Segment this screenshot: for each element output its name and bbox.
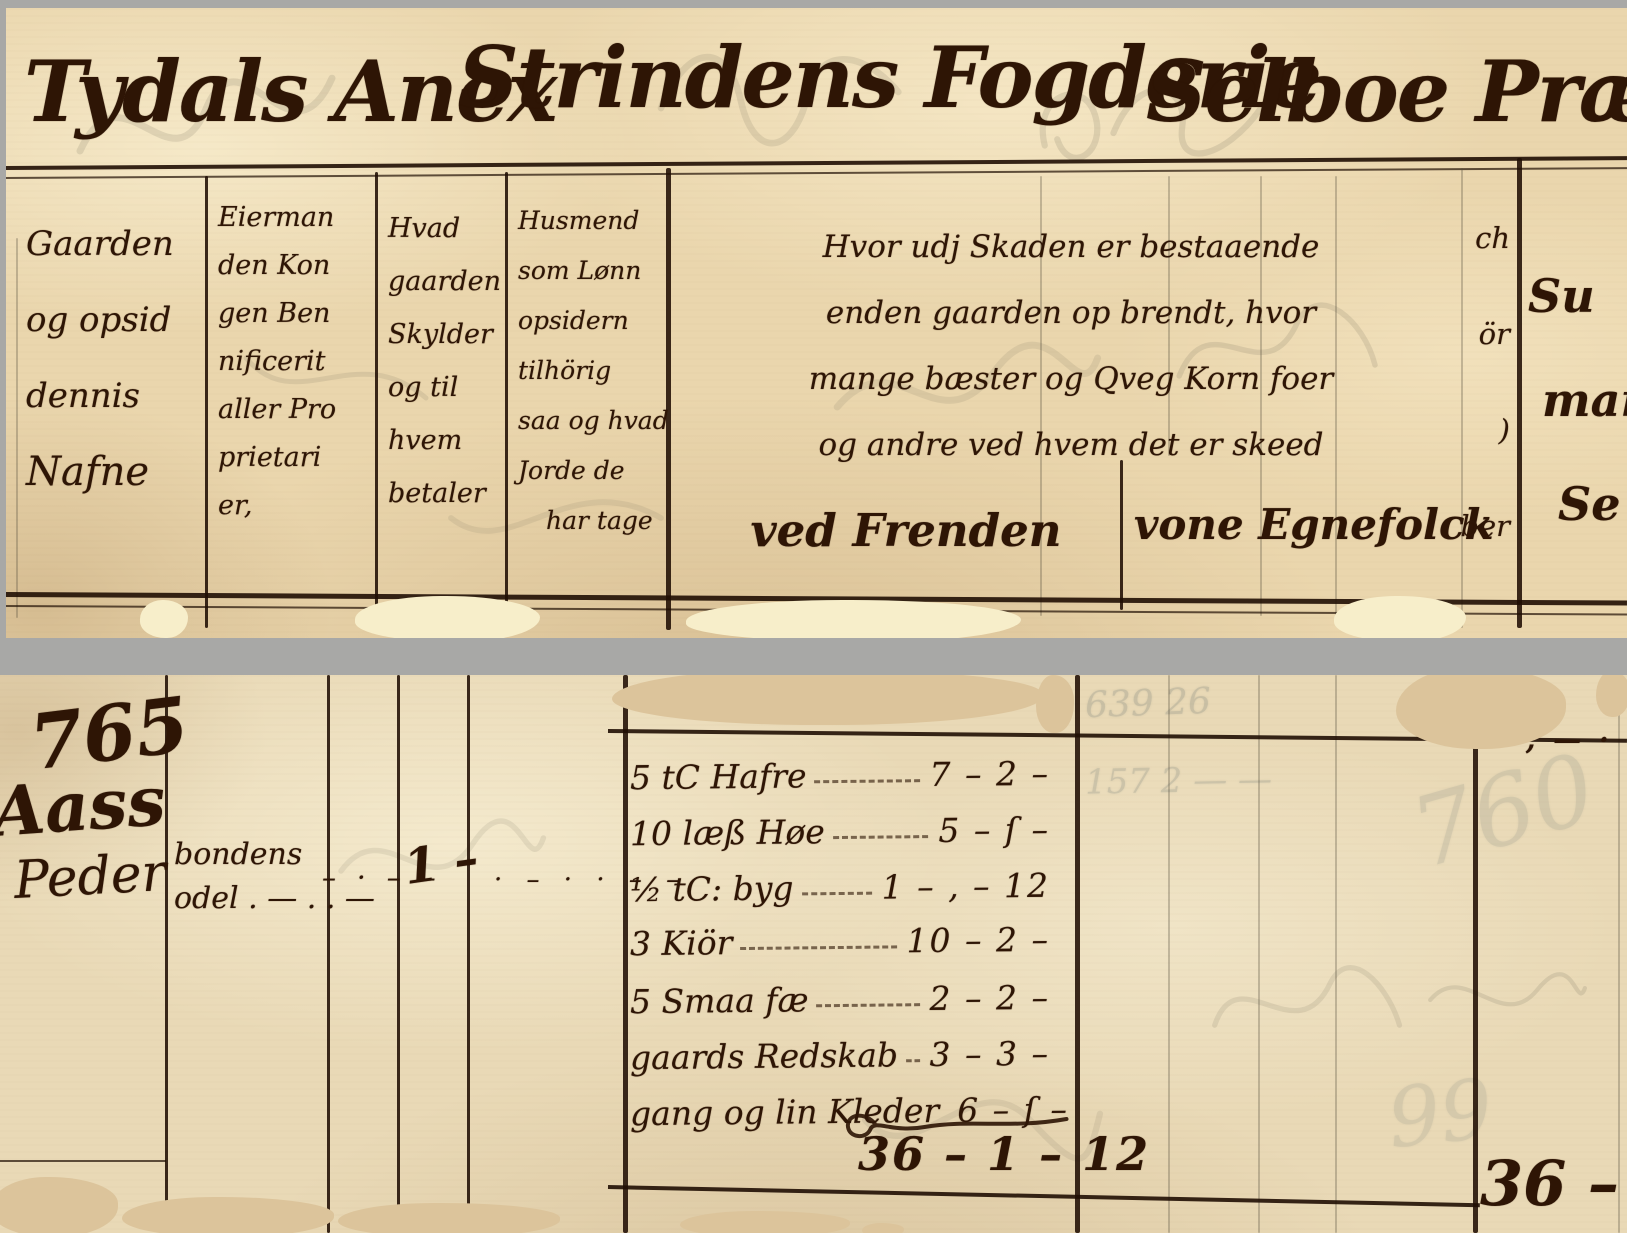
colhead-line: og opsid <box>26 282 174 358</box>
colhead-line: er, <box>218 482 336 530</box>
unit-value: 1 – <box>400 830 481 896</box>
item-amount: 6 – ſ – <box>957 1090 1069 1130</box>
item-row: 3 Kiör10 – 2 – <box>630 913 1050 963</box>
sub-column-divider <box>1120 460 1123 610</box>
colhead-owner: Eierman den Kon gen Ben nificerit aller … <box>218 194 336 530</box>
column-divider <box>205 176 208 628</box>
colhead-line: hvem <box>388 414 501 467</box>
column-divider <box>467 675 470 1233</box>
occupant-name: Peder <box>13 843 168 911</box>
colhead-line: nificerit <box>218 338 336 386</box>
dash-leader <box>817 1003 920 1007</box>
item-amount: 1 – , – 12 <box>881 866 1050 907</box>
colhead-line: Eierman <box>218 194 336 242</box>
subhead-by-enemy: ved Frenden <box>706 504 1106 557</box>
fragment-line: ber <box>1438 478 1510 574</box>
colhead-line: har tage <box>518 496 669 546</box>
column-divider <box>375 172 378 628</box>
erasure-patch <box>686 600 1021 638</box>
dash-leader <box>833 835 929 839</box>
bleedthrough-scribble <box>1420 925 1590 1075</box>
colhead-line: dennis <box>26 358 174 434</box>
erasure-patch <box>122 1197 334 1233</box>
item-label: 5 Smaa fæ <box>630 980 809 1021</box>
colhead-line: Husmend <box>518 196 669 246</box>
colhead-line: prietari <box>218 434 336 482</box>
subhead-own-people: vone Egnefolck <box>1134 500 1474 549</box>
colhead-line: Su <box>1528 244 1627 348</box>
dash-leader <box>802 892 872 896</box>
colhead-line: saa og hvad <box>518 396 669 446</box>
farm-name: Aass <box>0 761 168 853</box>
colhead-line: den Kon <box>218 242 336 290</box>
colhead-line: opsidern <box>518 296 669 346</box>
colhead-line: mar <box>1528 348 1627 452</box>
item-label: gaards Redskab <box>630 1035 898 1077</box>
ghost-column-line <box>1335 675 1337 1233</box>
dash-leader <box>906 1059 920 1062</box>
erasure-patch <box>612 675 1042 725</box>
item-row: gaards Redskab3 – 3 – <box>630 1027 1050 1077</box>
bleedthrough-scribble <box>1200 915 1410 1085</box>
colhead-rent: Hvad gaarden Skylder og til hvem betaler <box>388 202 501 520</box>
erasure-patch <box>0 1177 118 1233</box>
colhead-line: som Lønn <box>518 246 669 296</box>
sum-total: 36 – 1 – 12 <box>858 1127 1150 1181</box>
fragment-line: ch <box>1438 190 1510 286</box>
item-label: 5 tC Hafre <box>630 756 807 797</box>
erasure-patch <box>862 1223 904 1233</box>
item-amount: 10 – 2 – <box>906 920 1050 961</box>
colhead-line: Hvor udj Skaden er bestaaende <box>696 214 1446 280</box>
colhead-line: Skylder <box>388 308 501 361</box>
ledger-record-strip: 639 26 157 2 — — 760 99 765 Aass Peder b… <box>0 675 1627 1233</box>
colhead-line: aller Pro <box>218 386 336 434</box>
ledger-header-strip: Tydals Anex Strindens Fogderie Selboe Pr… <box>6 8 1627 638</box>
item-row: 10 læß Høe5 – ſ – <box>630 803 1050 853</box>
erasure-patch <box>355 596 540 638</box>
colhead-line: betaler <box>388 467 501 520</box>
column-divider <box>327 675 330 1233</box>
page-total: 36 – 1 <box>1480 1147 1627 1220</box>
left-row-rule <box>0 1160 166 1162</box>
erasure-patch <box>140 600 188 638</box>
colhead-line: Jorde de <box>518 446 669 496</box>
column-divider <box>623 675 628 1233</box>
item-amount: 5 – ſ – <box>938 810 1050 850</box>
colhead-line: enden gaarden op brendt, hvor <box>696 280 1446 346</box>
colhead-line: gen Ben <box>218 290 336 338</box>
column-divider <box>397 675 400 1233</box>
column-divider <box>1473 675 1478 1233</box>
colhead-line: og til <box>388 361 501 414</box>
column-divider <box>1517 158 1522 628</box>
colhead-edge-fragments: ch ör ) ber <box>1438 190 1510 574</box>
scanned-ledger-page: Tydals Anex Strindens Fogderie Selboe Pr… <box>0 0 1627 1233</box>
fragment-line: ör <box>1438 286 1510 382</box>
colhead-summa: Su mar Se <box>1528 244 1627 556</box>
colhead-damage: Hvor udj Skaden er bestaaende enden gaar… <box>696 214 1446 478</box>
sum-rule <box>608 1185 1480 1207</box>
erasure-patch <box>338 1203 560 1233</box>
colhead-line: og andre ved hvem det er skeed <box>696 412 1446 478</box>
ghost-column-line <box>1168 675 1170 1233</box>
item-label: 3 Kiör <box>630 923 733 963</box>
dash-leader <box>740 945 896 950</box>
colhead-line: Nafne <box>26 434 174 510</box>
fragment-line: ) <box>1438 382 1510 478</box>
bleedthrough-number: 157 2 — — <box>1085 759 1273 802</box>
bleedthrough-number: 639 26 <box>1084 681 1211 726</box>
erasure-patch <box>1596 675 1627 717</box>
item-row: 5 Smaa fæ2 – 2 – <box>630 971 1050 1021</box>
colhead-line: tilhörig <box>518 346 669 396</box>
colhead-line: Gaarden <box>26 206 174 282</box>
colhead-line: Hvad <box>388 202 501 255</box>
dash-leader <box>815 779 920 783</box>
erasure-patch <box>1334 596 1466 638</box>
item-row: ½ tC: byg1 – , – 12 <box>630 859 1050 909</box>
column-divider <box>505 172 508 628</box>
colhead-line: mange bæster og Qveg Korn foer <box>696 346 1446 412</box>
erasure-patch <box>1036 675 1074 733</box>
erasure-patch <box>680 1211 850 1233</box>
colhead-line: Se <box>1528 452 1627 556</box>
item-row: 5 tC Hafre7 – 2 – <box>630 747 1050 797</box>
title-rule-echo <box>6 167 1627 179</box>
margin-line <box>16 238 18 618</box>
item-row: gang og lin Kleder6 – ſ – <box>630 1083 1050 1133</box>
colhead-line: gaarden <box>388 255 501 308</box>
colhead-husmen: Husmend som Lønn opsidern tilhörig saa o… <box>518 196 669 546</box>
item-label: ½ tC: byg <box>630 868 794 909</box>
item-amount: 7 – 2 – <box>929 754 1050 794</box>
item-amount: 2 – 2 – <box>929 978 1050 1018</box>
colhead-farm-names: Gaarden og opsid dennis Nafne <box>26 206 174 510</box>
item-label: 10 læß Høe <box>630 812 825 853</box>
title-prestegjeld: Selboe Præstegi <box>1146 42 1627 141</box>
ghost-column-line <box>1258 675 1260 1233</box>
item-amount: 3 – 3 – <box>929 1034 1050 1074</box>
